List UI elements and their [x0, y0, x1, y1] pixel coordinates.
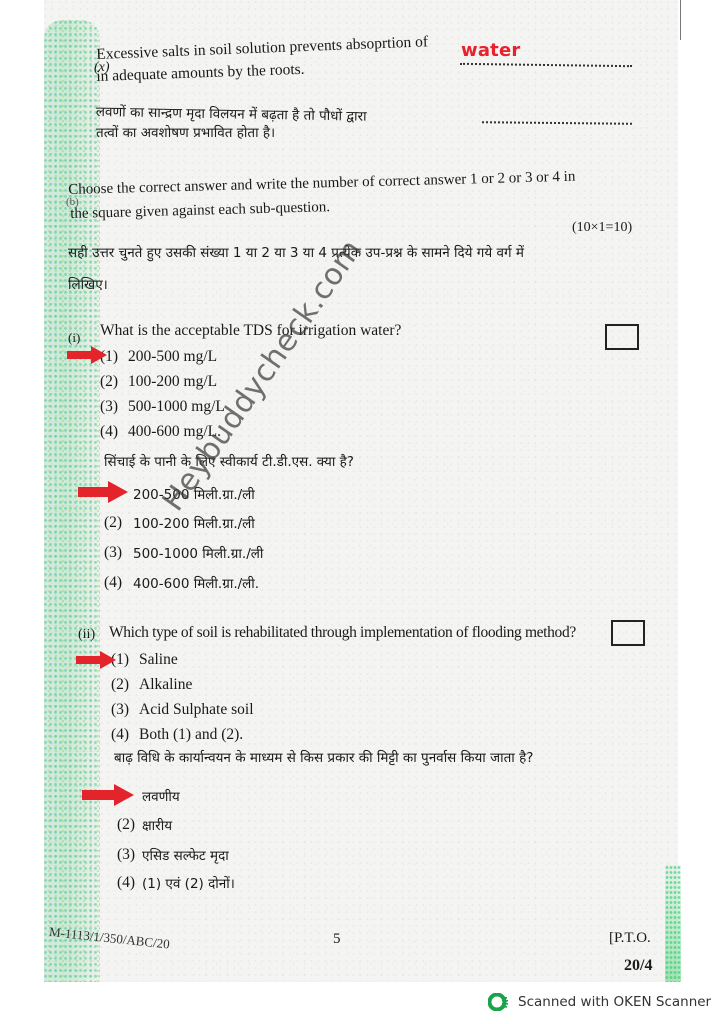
question-2-text: Which type of soil is rehabilitated thro… — [109, 624, 576, 642]
question-2-hindi-option-3-text: एसिड सल्फेट मृदा — [142, 846, 229, 864]
question-1-option-4-number: (4) — [100, 423, 118, 441]
question-2-option-4-text: Both (1) and (2). — [139, 726, 243, 744]
question-2-option-3-text: Acid Sulphate soil — [139, 701, 254, 719]
red-arrow-icon — [82, 784, 134, 806]
question-2-option-2-text: Alkaline — [139, 676, 192, 694]
scanner-badge: Scanned with OKEN Scanner — [488, 990, 711, 1014]
question-1-text: What is the acceptable TDS for irrigatio… — [100, 322, 401, 340]
page-edge-line — [680, 0, 681, 40]
question-1-hindi-option-4-number: (4) — [104, 574, 122, 592]
question-1-answer-box[interactable] — [605, 324, 639, 350]
section-b-hindi-line2: लिखिए। — [68, 275, 108, 293]
question-1-hindi-text: सिंचाई के पानी के लिए स्वीकार्य टी.डी.एस… — [104, 452, 354, 470]
question-1-hindi-option-4-text: 400-600 मिली.ग्रा./ली. — [133, 574, 259, 592]
question-1-hindi-option-3-text: 500-1000 मिली.ग्रा./ली — [133, 544, 263, 562]
question-2-option-2-number: (2) — [111, 676, 129, 694]
handwritten-answer-water: water — [461, 40, 520, 61]
footer-sheet-marker: 20/4 — [624, 957, 652, 975]
question-1-hindi-option-2-number: (2) — [104, 514, 122, 532]
question-1-option-3-number: (3) — [100, 398, 118, 416]
question-1-option-3-text: 500-1000 mg/L — [128, 398, 225, 416]
red-arrow-icon — [76, 651, 116, 669]
red-arrow-icon — [67, 346, 107, 364]
scan-edge-shadow-right — [665, 865, 681, 982]
question-1-hindi-option-3-number: (3) — [104, 544, 122, 562]
question-x-hindi-line2: तत्वों का अवशोषण प्रभावित होता है। — [96, 123, 275, 141]
question-2-hindi-text: बाढ़ विधि के कार्यान्वयन के माध्यम से कि… — [114, 748, 533, 766]
footer-page-number: 5 — [333, 931, 341, 948]
question-2-option-1-text: Saline — [139, 651, 178, 669]
question-2-option-4-number: (4) — [111, 726, 129, 744]
question-1-number: (i) — [68, 330, 80, 346]
question-2-hindi-option-2-number: (2) — [117, 816, 135, 834]
question-2-hindi-option-4-number: (4) — [117, 874, 135, 892]
red-arrow-icon — [78, 481, 128, 503]
question-1-option-1-text: 200-500 mg/L — [128, 348, 217, 366]
question-2-hindi-option-2-text: क्षारीय — [142, 816, 172, 834]
question-1-option-2-text: 100-200 mg/L — [128, 373, 217, 391]
question-2-hindi-option-1-text: लवणीय — [142, 787, 180, 805]
oken-scanner-logo-icon — [488, 993, 508, 1011]
question-2-hindi-option-3-number: (3) — [117, 846, 135, 864]
question-2-number: (ii) — [78, 627, 95, 643]
question-2-hindi-option-4-text: (1) एवं (2) दोनों। — [142, 874, 235, 892]
footer-pto: [P.T.O. — [609, 930, 651, 947]
section-b-hindi-line1: सही उत्तर चुनते हुए उसकी संख्या 1 या 2 य… — [68, 243, 524, 261]
question-2-option-3-number: (3) — [111, 701, 129, 719]
scanner-badge-label: Scanned with OKEN Scanner — [518, 994, 711, 1010]
section-b-marks: (10×1=10) — [572, 220, 632, 236]
question-1-option-2-number: (2) — [100, 373, 118, 391]
question-2-answer-box[interactable] — [611, 620, 645, 646]
question-1-hindi-option-2-text: 100-200 मिली.ग्रा./ली — [133, 514, 255, 532]
